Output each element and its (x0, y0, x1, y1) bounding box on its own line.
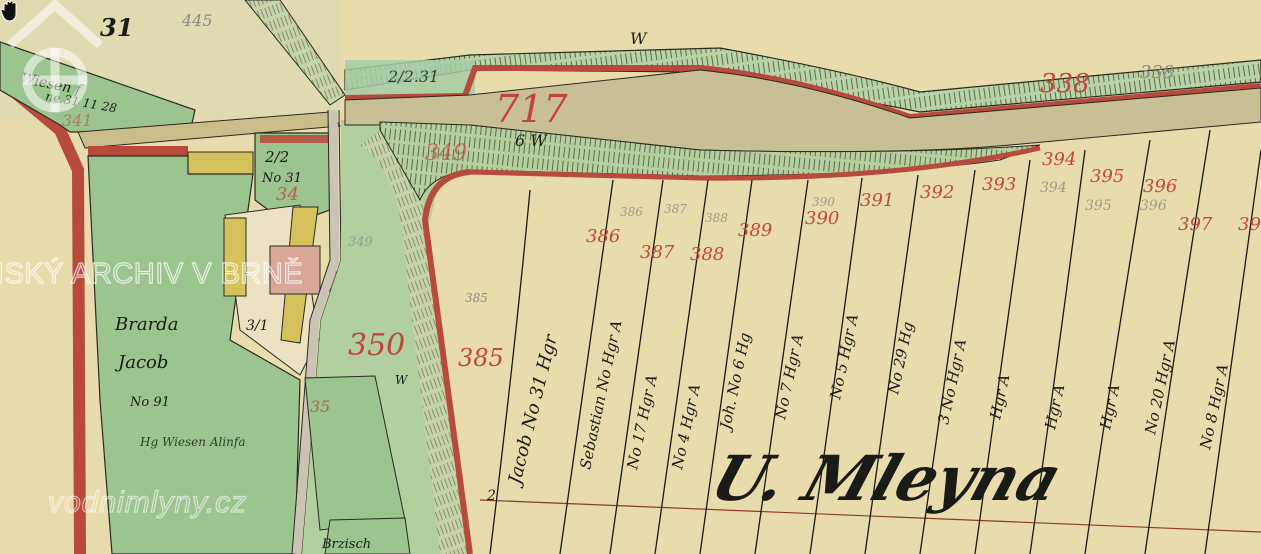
svg-text:389: 389 (738, 220, 772, 241)
building-3 (270, 246, 320, 294)
svg-text:34: 34 (276, 184, 299, 205)
svg-text:386: 386 (586, 226, 620, 247)
svg-text:2/2.31: 2/2.31 (387, 67, 439, 86)
parcel-label-350: 350 (348, 328, 405, 363)
map-viewer[interactable]: 31 445 Wiesen f ne 31 11 28 341 2/2.31 7… (0, 0, 1261, 554)
svg-text:388: 388 (705, 211, 728, 225)
svg-text:393: 393 (982, 174, 1016, 195)
svg-text:397: 397 (1178, 214, 1213, 235)
svg-text:396: 396 (1140, 198, 1167, 214)
svg-text:396: 396 (1143, 176, 1177, 197)
svg-text:349: 349 (425, 141, 467, 166)
svg-text:390: 390 (812, 195, 835, 209)
svg-text:395: 395 (1085, 198, 1112, 214)
svg-text:394: 394 (1042, 149, 1076, 170)
svg-text:349: 349 (348, 235, 373, 250)
building-1 (224, 218, 246, 296)
parcel-label-717: 717 (495, 87, 568, 131)
svg-text:386: 386 (620, 205, 643, 219)
svg-text:395: 395 (1090, 166, 1124, 187)
svg-text:338: 338 (1140, 62, 1174, 83)
svg-text:392: 392 (920, 182, 954, 203)
svg-text:391: 391 (860, 190, 894, 211)
svg-text:No 91: No 91 (129, 395, 170, 410)
svg-text:385: 385 (465, 291, 488, 305)
svg-text:394: 394 (1040, 180, 1067, 196)
brzisch-label: Brzisch (321, 537, 371, 552)
svg-text:387: 387 (640, 242, 675, 263)
hand-cursor-icon (0, 0, 20, 22)
svg-text:W: W (630, 29, 648, 48)
svg-text:387: 387 (664, 202, 687, 216)
svg-text:Jacob: Jacob (114, 352, 168, 373)
svg-text:445: 445 (181, 11, 213, 30)
parcel-label-31: 31 (100, 13, 133, 42)
cadastral-map: 31 445 Wiesen f ne 31 11 28 341 2/2.31 7… (0, 0, 1261, 554)
svg-text:341: 341 (62, 111, 93, 130)
svg-text:W: W (395, 373, 409, 387)
svg-text:Hg Wiesen Alinfa: Hg Wiesen Alinfa (139, 435, 246, 449)
field-name-label: U. Mleyna (702, 442, 1070, 515)
svg-text:2: 2 (486, 488, 496, 504)
svg-text:385: 385 (458, 344, 504, 372)
svg-text:2/2: 2/2 (264, 148, 289, 166)
svg-text:388: 388 (690, 244, 724, 265)
parcel-label-338: 338 (1040, 69, 1090, 99)
svg-text:35: 35 (310, 397, 330, 416)
svg-text:390: 390 (805, 208, 839, 229)
svg-text:398: 398 (1238, 214, 1261, 235)
svg-text:6 W: 6 W (515, 131, 548, 150)
owner-name: Brarda (114, 314, 178, 335)
svg-text:3/1: 3/1 (246, 318, 269, 334)
